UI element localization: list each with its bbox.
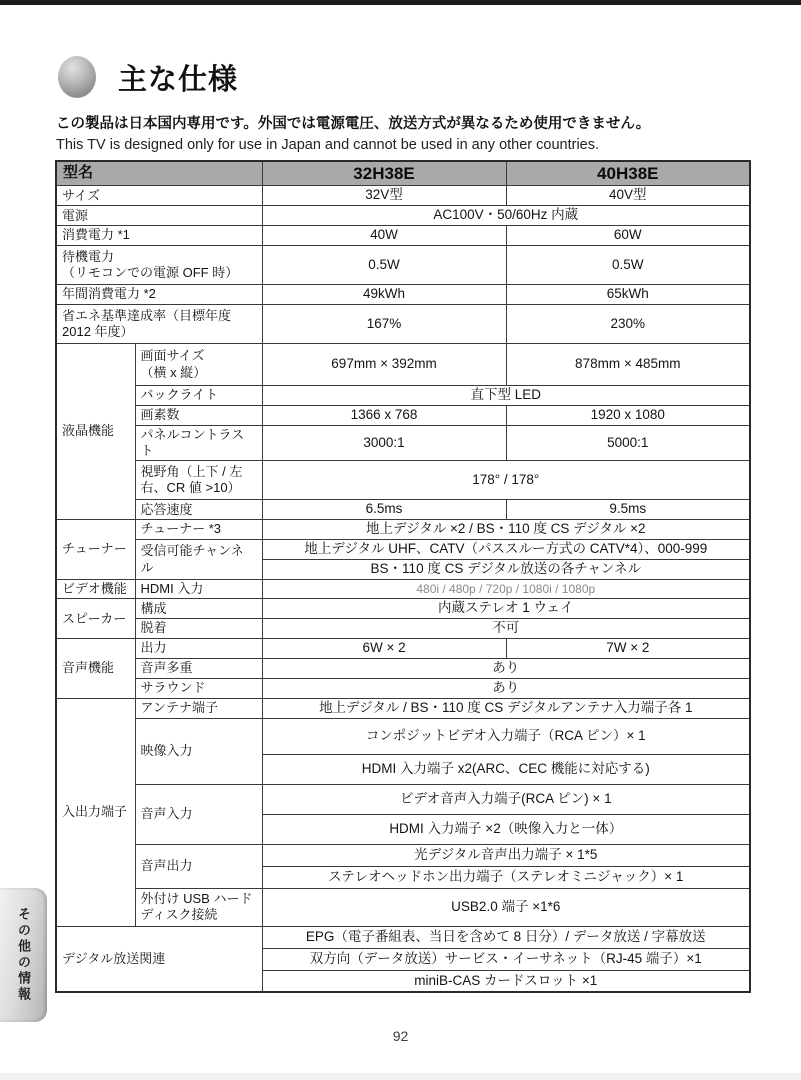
japan-only-notice-ja: この製品は日本国内専用です。外国では電源電圧、放送方式が異なるため使用できません… — [56, 112, 650, 133]
spec-cell: miniB-CAS カードスロット ×1 — [262, 970, 750, 992]
spec-cell: バックライト — [135, 386, 262, 406]
spec-cell: 32V型 — [262, 186, 506, 206]
col-header-model-name: 型名 — [56, 161, 262, 186]
spec-cell: 内蔵ステレオ 1 ウェイ — [262, 599, 750, 619]
spec-cell: 待機電力 （リモコンでの電源 OFF 時） — [56, 246, 262, 285]
spec-cell: 60W — [506, 226, 750, 246]
spec-cell: スピーカー — [56, 599, 135, 639]
spec-cell: 直下型 LED — [262, 386, 750, 406]
spec-cell: HDMI 入力 — [135, 580, 262, 599]
spec-cell: 6.5ms — [262, 500, 506, 520]
spec-cell: 脱着 — [135, 619, 262, 639]
col-header-model-40h38e: 40H38E — [506, 161, 750, 186]
spec-cell: 地上デジタル ×2 / BS・110 度 CS デジタル ×2 — [262, 520, 750, 540]
spec-cell: 地上デジタル / BS・110 度 CS デジタルアンテナ入力端子各 1 — [262, 698, 750, 718]
spec-cell: ビデオ音声入力端子(RCA ピン) × 1 — [262, 784, 750, 814]
spec-cell: EPG（電子番組表、当日を含めて 8 日分）/ データ放送 / 字幕放送 — [262, 926, 750, 948]
spec-cell: 入出力端子 — [56, 698, 135, 926]
spec-cell: デジタル放送関連 — [56, 926, 262, 992]
spec-cell: あり — [262, 678, 750, 698]
spec-table-body: 型名32H38E40H38Eサイズ32V型40V型電源AC100V・50/60H… — [56, 161, 750, 992]
page-title: 主な仕様 — [118, 57, 238, 98]
spec-cell: アンテナ端子 — [135, 698, 262, 718]
spec-cell: 178° / 178° — [262, 461, 750, 500]
spec-cell: 40W — [262, 226, 506, 246]
side-tab-label: その他の情報 — [14, 907, 33, 1003]
spec-cell: 6W × 2 — [262, 639, 506, 659]
spec-cell: 音声入力 — [135, 784, 262, 844]
spec-cell: コンポジットビデオ入力端子（RCA ピン）× 1 — [262, 718, 750, 754]
page-number: 92 — [0, 1028, 801, 1044]
spec-cell: HDMI 入力端子 ×2（映像入力と一体） — [262, 814, 750, 844]
spec-cell: 双方向（データ放送）サービス・イーサネット（RJ-45 端子）×1 — [262, 948, 750, 970]
spec-cell: HDMI 入力端子 x2(ARC、CEC 機能に対応する) — [262, 754, 750, 784]
spec-cell: 地上デジタル UHF、CATV（パススルー方式の CATV*4）、000-999 — [262, 540, 750, 560]
spec-table: 型名32H38E40H38Eサイズ32V型40V型電源AC100V・50/60H… — [55, 160, 751, 993]
spec-cell: 65kWh — [506, 285, 750, 305]
spec-cell: 5000:1 — [506, 425, 750, 461]
spec-cell: 1920 x 1080 — [506, 405, 750, 425]
spec-cell: 省エネ基準達成率（目標年度 2012 年度） — [56, 305, 262, 344]
spec-cell: 878mm × 485mm — [506, 344, 750, 386]
spec-cell: 0.5W — [506, 246, 750, 285]
spec-cell: 3000:1 — [262, 425, 506, 461]
spec-cell: 不可 — [262, 619, 750, 639]
spec-cell: あり — [262, 658, 750, 678]
side-tab-other-info: その他の情報 — [0, 888, 47, 1022]
spec-cell: 49kWh — [262, 285, 506, 305]
spec-cell: 1366 x 768 — [262, 405, 506, 425]
spec-cell: 電源 — [56, 206, 262, 226]
spec-cell: 音声多重 — [135, 658, 262, 678]
spec-cell: サイズ — [56, 186, 262, 206]
spec-cell: チューナー *3 — [135, 520, 262, 540]
spec-cell: 外付け USB ハードディスク接続 — [135, 888, 262, 926]
spec-cell: パネルコントラスト — [135, 425, 262, 461]
spec-cell: 視野角（上下 / 左右、CR 値 >10） — [135, 461, 262, 500]
page-bottom-strip — [0, 1073, 801, 1080]
spec-cell: 7W × 2 — [506, 639, 750, 659]
spec-cell: 応答速度 — [135, 500, 262, 520]
page-top-bar — [0, 0, 801, 5]
spec-cell: 年間消費電力 *2 — [56, 285, 262, 305]
spec-cell: ステレオヘッドホン出力端子（ステレオミニジャック）× 1 — [262, 866, 750, 888]
section-bullet-sphere-icon — [58, 56, 96, 98]
spec-cell: チューナー — [56, 520, 135, 580]
spec-cell: 480i / 480p / 720p / 1080i / 1080p — [262, 580, 750, 599]
spec-cell: 40V型 — [506, 186, 750, 206]
spec-cell: AC100V・50/60Hz 内蔵 — [262, 206, 750, 226]
spec-cell: 音声出力 — [135, 844, 262, 888]
spec-cell: 出力 — [135, 639, 262, 659]
spec-cell: 消費電力 *1 — [56, 226, 262, 246]
spec-cell: ビデオ機能 — [56, 580, 135, 599]
spec-cell: 697mm × 392mm — [262, 344, 506, 386]
spec-cell: 画素数 — [135, 405, 262, 425]
spec-cell: 光デジタル音声出力端子 × 1*5 — [262, 844, 750, 866]
spec-cell: サラウンド — [135, 678, 262, 698]
spec-cell: 液晶機能 — [56, 344, 135, 520]
spec-cell: 音声機能 — [56, 639, 135, 699]
spec-cell: USB2.0 端子 ×1*6 — [262, 888, 750, 926]
section-heading: 主な仕様 — [58, 56, 238, 98]
spec-cell: 構成 — [135, 599, 262, 619]
japan-only-notice-en: This TV is designed only for use in Japa… — [56, 137, 599, 153]
spec-cell: 230% — [506, 305, 750, 344]
spec-cell: 9.5ms — [506, 500, 750, 520]
spec-cell: 画面サイズ （横 x 縦） — [135, 344, 262, 386]
spec-cell: 167% — [262, 305, 506, 344]
spec-cell: BS・110 度 CS デジタル放送の各チャンネル — [262, 560, 750, 580]
spec-cell: 映像入力 — [135, 718, 262, 784]
spec-cell: 0.5W — [262, 246, 506, 285]
spec-cell: 受信可能チャンネル — [135, 540, 262, 580]
col-header-model-32h38e: 32H38E — [262, 161, 506, 186]
